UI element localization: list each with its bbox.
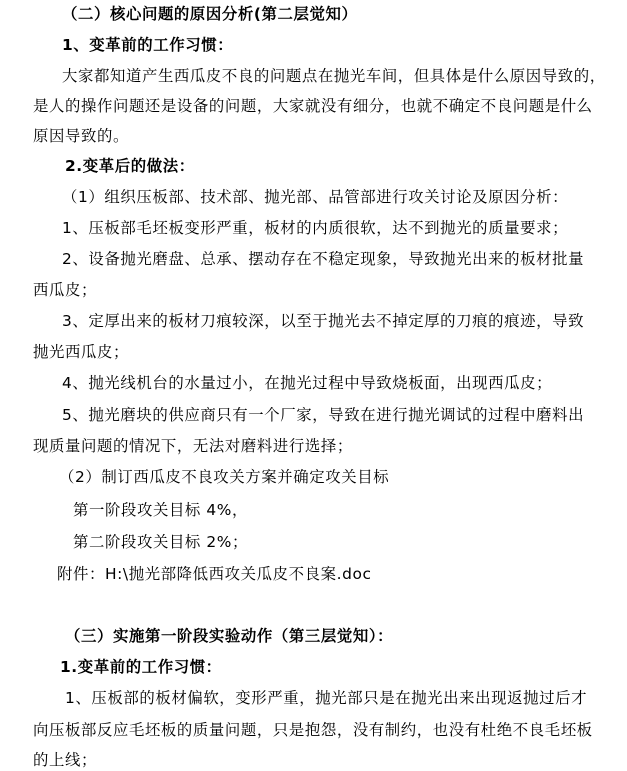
paragraph-line: 是人的操作问题还是设备的问题，大家就没有细分，也就不确定不良问题是什么 <box>33 96 603 116</box>
cause-item: 2、设备抛光磨盘、总承、摆动存在不稳定现象，导致抛光出来的板材批量 <box>62 249 627 269</box>
paragraph-line: 1、压板部的板材偏软，变形严重，抛光部只是在抛光出来出现返抛过后才 <box>65 688 627 708</box>
subheading-after-change: 2.变革后的做法： <box>65 156 627 176</box>
paragraph-line: 的上线； <box>33 750 603 770</box>
target-item: 第二阶段攻关目标 2%； <box>73 532 627 552</box>
cause-item: 1、压板部毛坯板变形严重，板材的内质很软，达不到抛光的质量要求； <box>62 218 627 238</box>
paragraph-line: 大家都知道产生西瓜皮不良的问题点在抛光车间，但具体是什么原因导致的， <box>62 66 627 86</box>
cause-item-continuation: 抛光西瓜皮； <box>33 342 603 362</box>
item-heading: （2）制订西瓜皮不良攻关方案并确定攻关目标 <box>59 467 627 487</box>
cause-item: 5、抛光磨块的供应商只有一个厂家，导致在进行抛光调试的过程中磨料出 <box>62 405 627 425</box>
cause-item: 3、定厚出来的板材刀痕较深，以至于抛光去不掉定厚的刀痕的痕迹，导致 <box>62 311 627 331</box>
subheading-before-change: 1、变革前的工作习惯： <box>62 35 627 55</box>
section-heading-3: （三）实施第一阶段实验动作（第三层觉知）： <box>65 626 627 646</box>
attachment-link[interactable]: 附件：H:\抛光部降低西攻关瓜皮不良案.doc <box>57 564 627 584</box>
item-heading: （1）组织压板部、技术部、抛光部、品管部进行攻关讨论及原因分析： <box>62 187 627 207</box>
cause-item: 4、抛光线机台的水量过小，在抛光过程中导致烧板面，出现西瓜皮； <box>62 373 627 393</box>
paragraph-line: 原因导致的。 <box>33 126 603 146</box>
subheading-before-change: 1.变革前的工作习惯： <box>60 657 627 677</box>
cause-item-continuation: 西瓜皮； <box>33 280 603 300</box>
target-item: 第一阶段攻关目标 4%， <box>73 500 627 520</box>
paragraph-line: 向压板部反应毛坯板的质量问题，只是抱怨，没有制约，也没有杜绝不良毛坯板 <box>33 720 603 740</box>
section-heading-2: （二）核心问题的原因分析(第二层觉知） <box>62 4 627 24</box>
cause-item-continuation: 现质量问题的情况下，无法对磨料进行选择； <box>33 436 603 456</box>
